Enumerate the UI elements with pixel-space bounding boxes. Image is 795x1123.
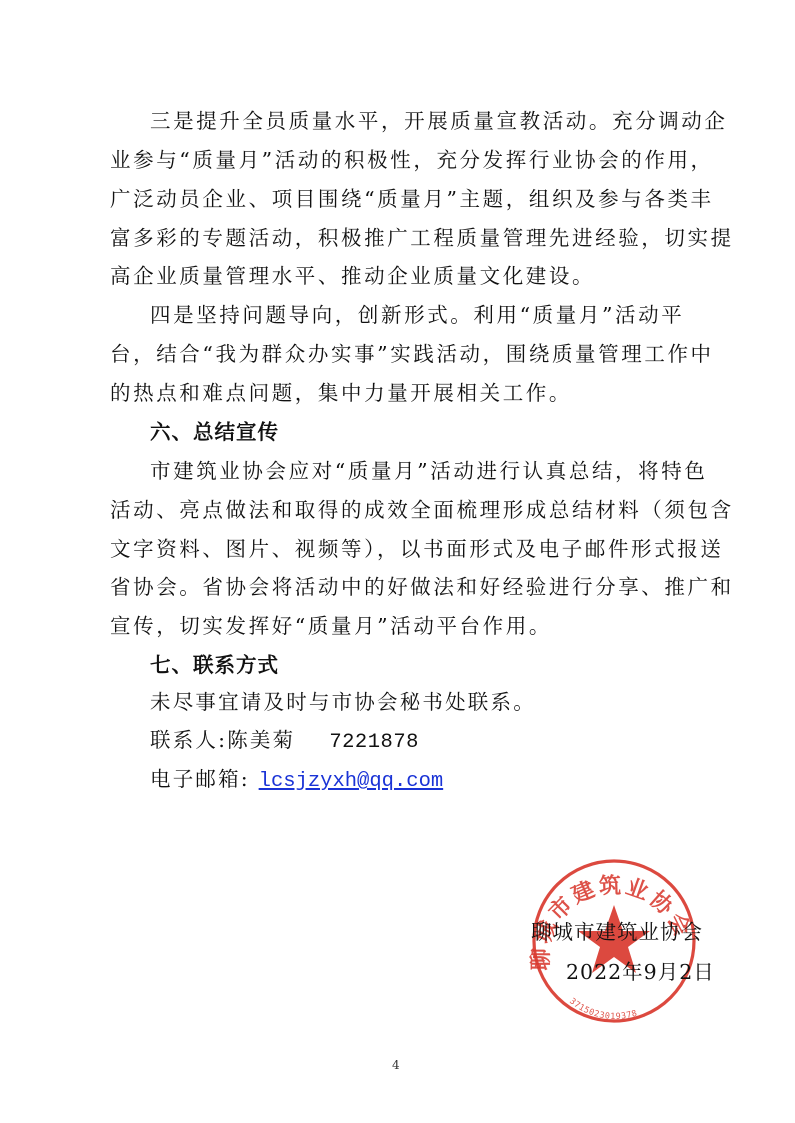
paragraph-line: 高企业质量管理水平、推动企业质量文化建设。 bbox=[110, 262, 595, 290]
contact-name: 陈美菊 bbox=[227, 728, 295, 752]
paragraph-line: 三是提升全员质量水平，开展质量宣教活动。充分调动企 bbox=[150, 107, 728, 135]
signature-organization: 聊城市建筑业协会 bbox=[531, 918, 703, 946]
paragraph-line: 省协会。省协会将活动中的好做法和好经验进行分享、推广和 bbox=[110, 573, 734, 601]
document-page: 三是提升全员质量水平，开展质量宣教活动。充分调动企 业参与“质量月”活动的积极性… bbox=[0, 0, 795, 1123]
paragraph-line: 富多彩的专题活动，积极推广工程质量管理先进经验，切实提 bbox=[110, 224, 734, 252]
paragraph-line: 的热点和难点问题，集中力量开展相关工作。 bbox=[110, 379, 572, 407]
paragraph-line: 台，结合“我为群众办实事”实践活动，围绕质量管理工作中 bbox=[110, 340, 714, 368]
svg-text:3715023019378: 3715023019378 bbox=[567, 996, 639, 1022]
section-heading: 六、总结宣传 bbox=[150, 418, 279, 446]
section-heading: 七、联系方式 bbox=[150, 651, 279, 679]
contact-email-line: 电子邮箱: lcsjzyxh@qq.com bbox=[150, 765, 443, 796]
contact-label: 联系人: bbox=[150, 728, 227, 752]
signature-date: 2022年9月2日 bbox=[566, 958, 715, 986]
paragraph-line: 活动、亮点做法和取得的成效全面梳理形成总结材料（须包含 bbox=[110, 496, 734, 524]
contact-person: 联系人:陈美菊7221878 bbox=[150, 726, 419, 757]
contact-note: 未尽事宜请及时与市协会秘书处联系。 bbox=[150, 688, 536, 716]
email-label: 电子邮箱: bbox=[150, 767, 250, 791]
email-link[interactable]: lcsjzyxh@qq.com bbox=[259, 770, 444, 793]
page-number: 4 bbox=[392, 1058, 400, 1072]
paragraph-line: 宣传，切实发挥好“质量月”活动平台作用。 bbox=[110, 612, 552, 640]
paragraph-line: 市建筑业协会应对“质量月”活动进行认真总结，将特色 bbox=[150, 457, 707, 485]
contact-phone: 7221878 bbox=[329, 731, 419, 754]
paragraph-line: 广泛动员企业、项目围绕“质量月”主题，组织及参与各类丰 bbox=[110, 185, 714, 213]
paragraph-line: 业参与“质量月”活动的积极性，充分发挥行业协会的作用， bbox=[110, 146, 714, 174]
paragraph-line: 文字资料、图片、视频等），以书面形式及电子邮件形式报送 bbox=[110, 535, 723, 563]
paragraph-line: 四是坚持问题导向，创新形式。利用“质量月”活动平 bbox=[150, 301, 684, 329]
